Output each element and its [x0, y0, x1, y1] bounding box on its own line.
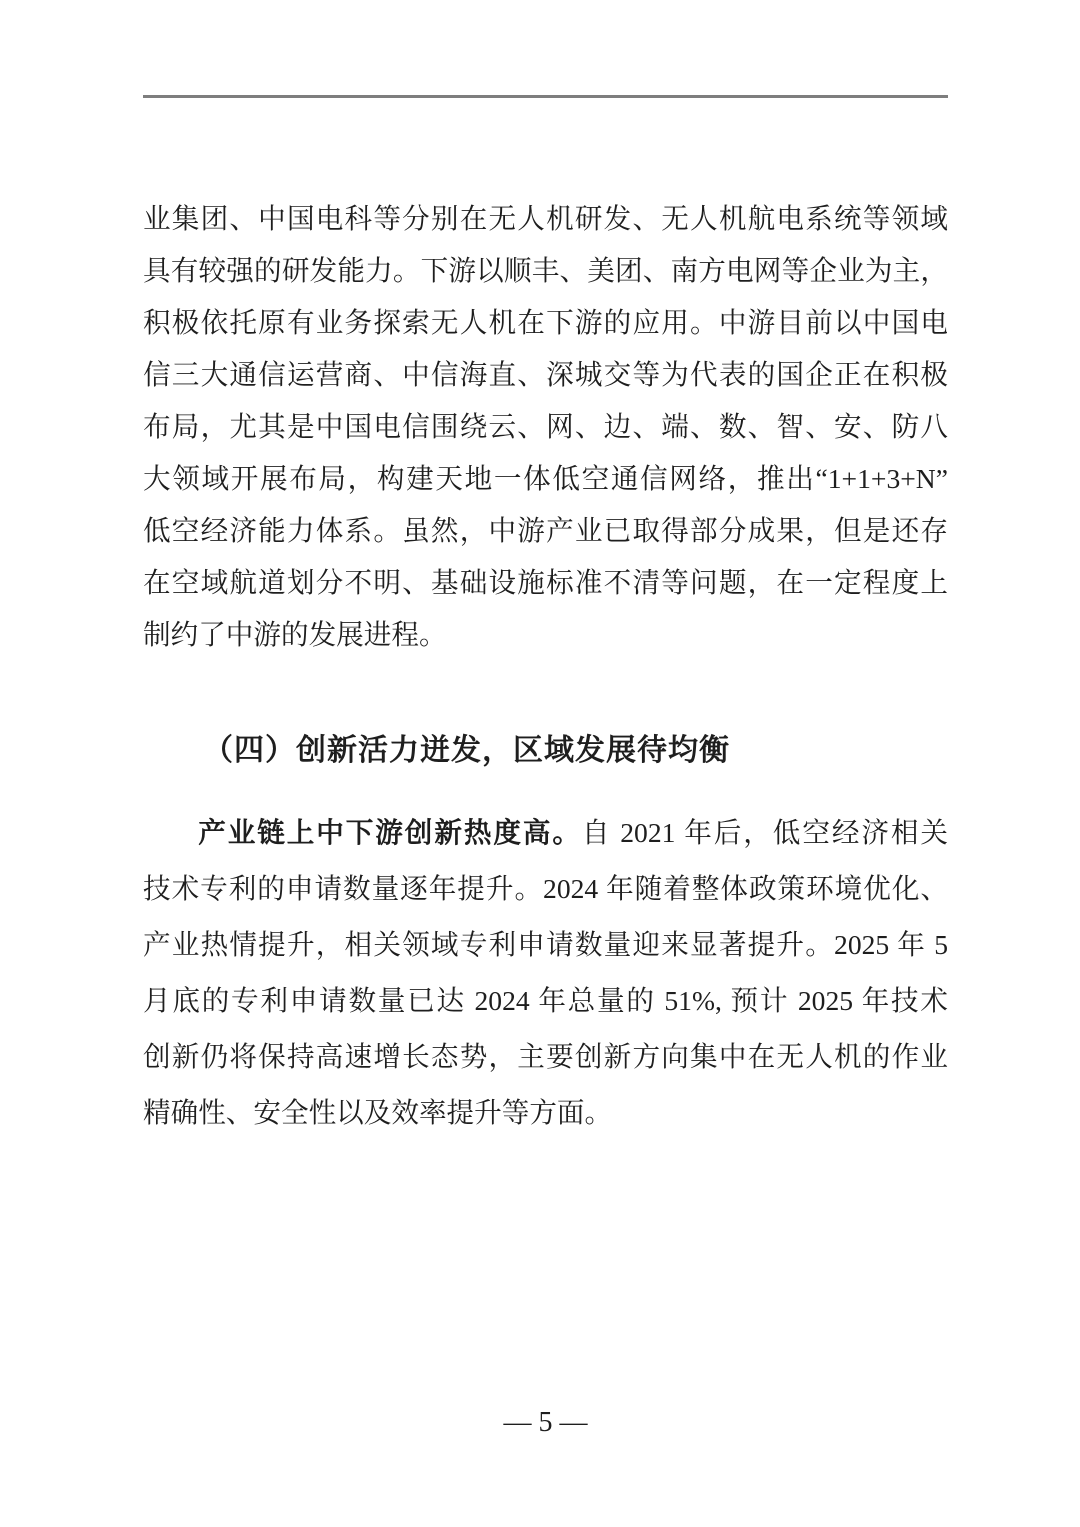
- text-line: 创新仍将保持高速增长态势，主要创新方向集中在无人机的作业: [143, 1029, 948, 1085]
- text-line: 在空域航道划分不明、基础设施标准不清等问题，在一定程度上: [143, 557, 948, 609]
- paragraph-lead-rest: 自 2021 年后，低空经济相关: [582, 817, 948, 848]
- paragraph-innovation-lines: 技术专利的申请数量逐年提升。2024 年随着整体政策环境优化、产业热情提升，相关…: [143, 861, 948, 1141]
- text-line: 低空经济能力体系。虽然，中游产业已取得部分成果，但是还存: [143, 505, 948, 557]
- text-line: 月底的专利申请数量已达 2024 年总量的 51%, 预计 2025 年技术: [143, 973, 948, 1029]
- text-line: 制约了中游的发展进程。: [143, 609, 948, 661]
- document-page: 业集团、中国电科等分别在无人机研发、无人机航电系统等领域具有较强的研发能力。下游…: [0, 0, 1080, 1527]
- section-heading-four: （四）创新活力迸发，区域发展待均衡: [143, 725, 948, 777]
- paragraph-innovation: 产业链上中下游创新热度高。自 2021 年后，低空经济相关 技术专利的申请数量逐…: [143, 805, 948, 1141]
- text-line: 业集团、中国电科等分别在无人机研发、无人机航电系统等领域: [143, 193, 948, 245]
- page-content: 业集团、中国电科等分别在无人机研发、无人机航电系统等领域具有较强的研发能力。下游…: [143, 193, 948, 1141]
- paragraph-lead-bold: 产业链上中下游创新热度高。: [198, 817, 582, 848]
- page-number: — 5 —: [143, 1398, 948, 1448]
- text-line: 产业热情提升，相关领域专利申请数量迎来显著提升。2025 年 5: [143, 917, 948, 973]
- paragraph-industry-chain: 业集团、中国电科等分别在无人机研发、无人机航电系统等领域具有较强的研发能力。下游…: [143, 193, 948, 661]
- text-line: 信三大通信运营商、中信海直、深城交等为代表的国企正在积极: [143, 349, 948, 401]
- text-line: 产业链上中下游创新热度高。自 2021 年后，低空经济相关: [143, 805, 948, 861]
- header-divider-line: [143, 95, 948, 98]
- text-line: 布局，尤其是中国电信围绕云、网、边、端、数、智、安、防八: [143, 401, 948, 453]
- text-line: 精确性、安全性以及效率提升等方面。: [143, 1085, 948, 1141]
- text-line: 大领域开展布局，构建天地一体低空通信网络，推出“1+1+3+N”: [143, 453, 948, 505]
- text-line: 具有较强的研发能力。下游以顺丰、美团、南方电网等企业为主，: [143, 245, 948, 297]
- text-line: 技术专利的申请数量逐年提升。2024 年随着整体政策环境优化、: [143, 861, 948, 917]
- text-line: 积极依托原有业务探索无人机在下游的应用。中游目前以中国电: [143, 297, 948, 349]
